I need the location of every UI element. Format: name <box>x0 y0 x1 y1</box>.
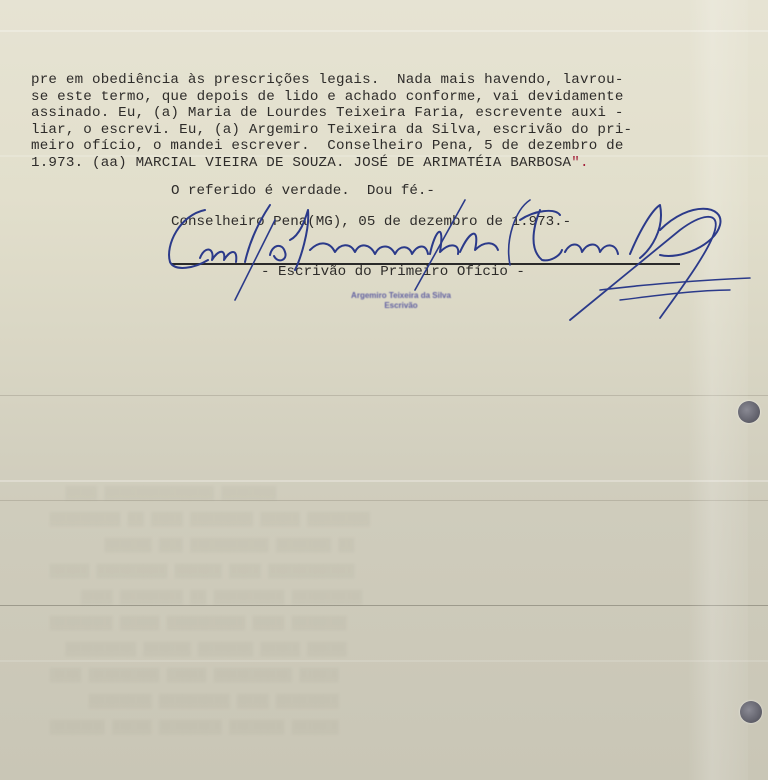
closing-quote: ". <box>571 155 588 171</box>
sleeve-glare <box>688 0 748 780</box>
stamp-line: Argemiro Teixeira da Silva <box>336 291 466 301</box>
ink-stamp: Argemiro Teixeira da Silva Escrivão <box>336 291 466 311</box>
typed-body-text: pre em obediência às prescrições legais.… <box>31 72 691 171</box>
signature-role-text: - Escrivão do Primeiro Ofício - <box>261 264 525 280</box>
body-line: assinado. Eu, (a) Maria de Lourdes Teixe… <box>31 105 691 122</box>
sleeve-reflection <box>0 30 768 32</box>
show-through-text: ▒▒▒▒ ▒▒▒▒▒▒▒▒▒▒▒▒▒▒ ▒▒▒▒▒▒▒ ▒▒▒▒▒▒▒▒▒ ▒▒… <box>50 455 670 741</box>
body-line: meiro ofício, o mandei escrever. Conselh… <box>31 138 691 155</box>
punch-hole <box>740 701 762 723</box>
body-line-last: 1.973. (aa) MARCIAL VIEIRA DE SOUZA. JOS… <box>31 155 691 172</box>
paper-crease <box>0 395 768 396</box>
body-line: liar, o escrevi. Eu, (a) Argemiro Teixei… <box>31 122 691 139</box>
document-page: pre em obediência às prescrições legais.… <box>0 0 768 780</box>
body-line: se este termo, que depois de lido e acha… <box>31 89 691 106</box>
stamp-line: Escrivão <box>336 301 466 311</box>
punch-hole <box>738 401 760 423</box>
place-date-text: Conselheiro Pena(MG), 05 de dezembro de … <box>171 214 571 230</box>
attestation-text: O referido é verdade. Dou fé.- <box>171 183 435 199</box>
body-line-text: 1.973. (aa) MARCIAL VIEIRA DE SOUZA. JOS… <box>31 155 571 171</box>
body-line: pre em obediência às prescrições legais.… <box>31 72 691 89</box>
